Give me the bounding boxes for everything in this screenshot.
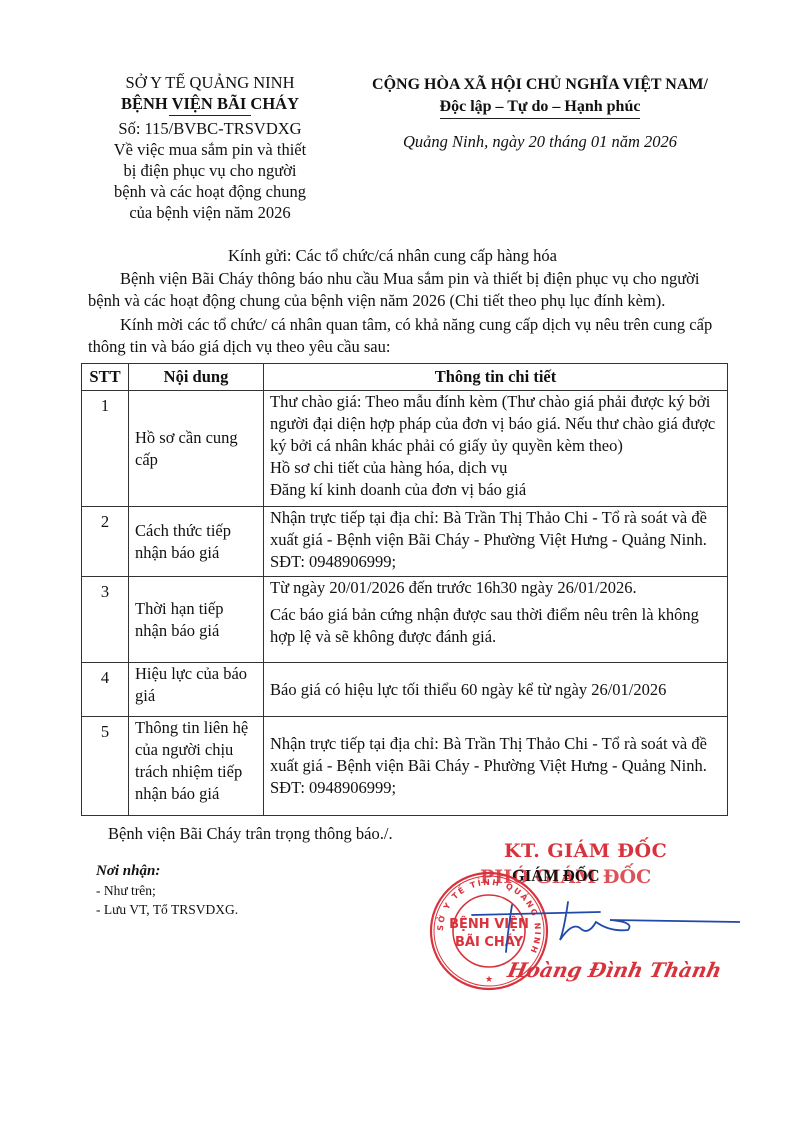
table-row: 4 Hiệu lực của báo giá Báo giá có hiệu l… [82,663,728,717]
greeting: Kính gửi: Các tổ chức/cá nhân cung cấp h… [228,246,557,266]
row-number: 1 [82,391,129,507]
nation-title: CỘNG HÒA XÃ HỘI CHỦ NGHĨA VIỆT NAM/ [340,74,740,96]
stamp-title: KT. GIÁM ĐỐC [504,840,667,862]
recipient-item: - Như trên; [96,881,238,900]
column-header-content: Nội dung [129,364,264,391]
row-content: Hiệu lực của báo giá [129,663,264,717]
table-row: 1 Hồ sơ cần cung cấp Thư chào giá: Theo … [82,391,728,507]
svg-text:★: ★ [485,974,493,984]
detail-line: Nhận trực tiếp tại địa chỉ: Bà Trần Thị … [270,733,721,799]
requirements-table: STT Nội dung Thông tin chi tiết 1 Hồ sơ … [81,363,728,816]
hospital-name: BỆNH VIỆN BÃI CHÁY [60,93,360,114]
issuing-authority: SỞ Y TẾ QUẢNG NINH [60,72,360,93]
row-details: Báo giá có hiệu lực tối thiểu 60 ngày kể… [264,663,728,717]
detail-line: Hồ sơ chi tiết của hàng hóa, dịch vụ [270,457,721,479]
column-header-details: Thông tin chi tiết [264,364,728,391]
row-number: 3 [82,577,129,663]
intro-paragraph: Bệnh viện Bãi Cháy thông báo nhu cầu Mua… [88,268,728,311]
signature-block: KT. GIÁM ĐỐC PHÓ GIÁM ĐỐC GIÁM ĐỐC SỞ Y … [420,830,740,1010]
row-number: 4 [82,663,129,717]
row-details: Nhận trực tiếp tại địa chỉ: Bà Trần Thị … [264,717,728,816]
column-header-stt: STT [82,364,129,391]
detail-line: Thư chào giá: Theo mẫu đính kèm (Thư chà… [270,391,721,457]
row-details: Từ ngày 20/01/2026 đến trước 16h30 ngày … [264,577,728,663]
row-details: Nhận trực tiếp tại địa chỉ: Bà Trần Thị … [264,507,728,577]
table-row: 3 Thời hạn tiếp nhận báo giá Từ ngày 20/… [82,577,728,663]
row-content: Cách thức tiếp nhận báo giá [129,507,264,577]
row-content: Thời hạn tiếp nhận báo giá [129,577,264,663]
invitation-paragraph: Kính mời các tổ chức/ cá nhân quan tâm, … [88,314,728,357]
detail-line: Đăng kí kinh doanh của đơn vị báo giá [270,479,721,501]
document-number: Số: 115/BVBC-TRSVDXG [60,118,360,139]
issuer-block: SỞ Y TẾ QUẢNG NINH BỆNH VIỆN BÃI CHÁY Số… [60,72,360,223]
detail-line: Các báo giá bản cứng nhận được sau thời … [270,604,721,648]
national-motto: Độc lập – Tự do – Hạnh phúc [440,96,641,119]
subject-line: của bệnh viện năm 2026 [60,202,360,223]
row-number: 2 [82,507,129,577]
subject-line: bị điện phục vụ cho người [60,160,360,181]
row-content: Thông tin liên hệ của người chịu trách n… [129,717,264,816]
recipients-block: Nơi nhận: - Như trên; - Lưu VT, Tổ TRSVD… [96,862,238,919]
row-details: Thư chào giá: Theo mẫu đính kèm (Thư chà… [264,391,728,507]
recipients-title: Nơi nhận: [96,862,238,881]
subject-line: bệnh và các hoạt động chung [60,181,360,202]
dateline: Quảng Ninh, ngày 20 tháng 01 năm 2026 [340,131,740,153]
detail-line: Từ ngày 20/01/2026 đến trước 16h30 ngày … [270,577,721,599]
table-row: 2 Cách thức tiếp nhận báo giá Nhận trực … [82,507,728,577]
national-header: CỘNG HÒA XÃ HỘI CHỦ NGHĨA VIỆT NAM/ Độc … [340,74,740,153]
table-row: 5 Thông tin liên hệ của người chịu trách… [82,717,728,816]
table-header-row: STT Nội dung Thông tin chi tiết [82,364,728,391]
row-content: Hồ sơ cần cung cấp [129,391,264,507]
recipient-item: - Lưu VT, Tổ TRSVDXG. [96,900,238,919]
subject-line: Về việc mua sắm pin và thiết [60,139,360,160]
closing-line: Bệnh viện Bãi Cháy trân trọng thông báo.… [108,824,393,844]
detail-line: Báo giá có hiệu lực tối thiểu 60 ngày kể… [270,679,721,701]
signer-name: Hoàng Đình Thành [505,958,723,982]
row-number: 5 [82,717,129,816]
detail-line: Nhận trực tiếp tại địa chỉ: Bà Trần Thị … [270,507,721,573]
header-rule [169,115,251,116]
handwritten-signature-icon [460,900,740,960]
